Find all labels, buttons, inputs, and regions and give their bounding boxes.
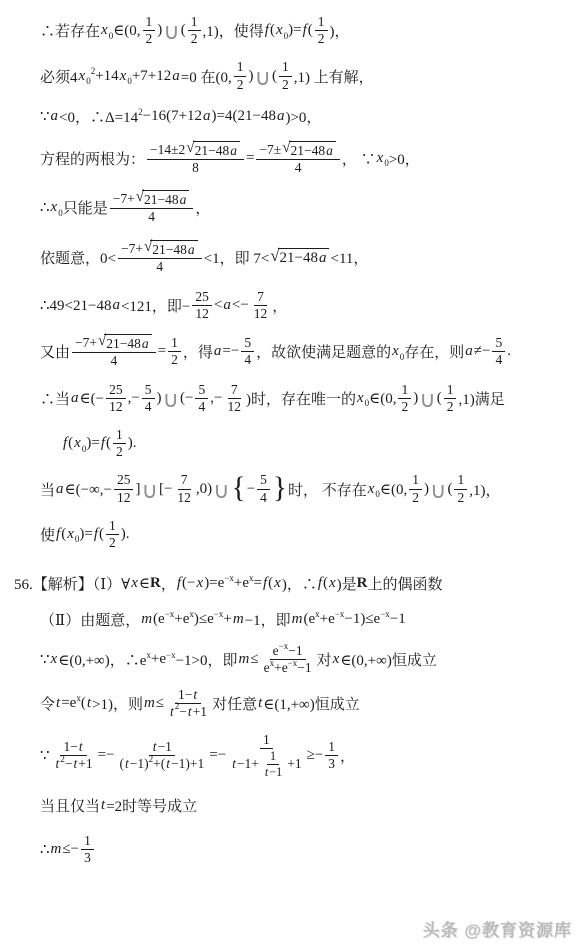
denominator: t2−t+1 <box>52 756 96 772</box>
denominator: 4 <box>145 209 158 225</box>
math-line-10: f(x0)=f(12). <box>62 427 578 460</box>
denominator: 12 <box>251 306 271 322</box>
numerator: 1 <box>143 14 156 31</box>
numerator: 1 <box>106 518 119 535</box>
denominator: t−1+1t−1+1 <box>228 749 304 779</box>
denominator: ex+e−x−1 <box>261 660 315 676</box>
math-line-6: 依题意，0<−7+√21−48a4<1，即 7<√21−48a<11， <box>40 240 578 275</box>
superscript: 2 <box>91 66 96 76</box>
denominator: 2 <box>454 490 467 506</box>
radicand: 21−48a <box>142 190 189 208</box>
denominator: 4 <box>142 399 155 415</box>
fraction: 12 <box>234 59 247 92</box>
denominator: 8 <box>189 160 202 176</box>
numerator: −7+√21−48a <box>118 240 202 259</box>
fraction: 2512 <box>106 382 126 415</box>
fraction: t−1(t−1)2+(t−1)+1 <box>117 739 208 772</box>
numerator: 5 <box>241 335 254 352</box>
fraction: 12 <box>279 59 292 92</box>
variable: a <box>171 68 181 85</box>
variable: x <box>130 575 139 592</box>
denominator: 2 <box>409 490 422 506</box>
math-line-5: ∴x0 只能是−7+√21−48a4， <box>40 190 578 225</box>
fraction: 712 <box>224 382 244 415</box>
numerator: 7 <box>228 382 241 399</box>
variable: a <box>229 143 238 159</box>
variable: a <box>213 343 223 360</box>
union-icon: ∪ <box>162 23 180 42</box>
denominator: 3 <box>325 756 338 772</box>
fraction: 1t−1+1t−1+1 <box>228 732 304 779</box>
variable: m <box>140 611 153 628</box>
fraction: 12 <box>409 472 422 505</box>
numerator: 25 <box>106 382 126 399</box>
fraction: 712 <box>251 289 271 322</box>
superscript: x <box>189 609 194 619</box>
variable: x <box>391 343 400 360</box>
variable: a <box>202 108 212 125</box>
fraction: 54 <box>241 335 254 368</box>
big-delimiter: } <box>272 477 288 500</box>
variable: a <box>318 250 328 267</box>
math-line-16: 令t=ex(t>1)，则m≤1−tt2−t+1对任意t∈(1,+∞)恒成立 <box>40 687 578 720</box>
sqrt-radical: √21−48a <box>282 141 336 159</box>
numerator: 5 <box>492 335 505 352</box>
superscript: −x <box>214 609 224 619</box>
fraction: 54 <box>257 472 270 505</box>
superscript: −x <box>380 609 390 619</box>
math-line-3: ∵a<0，∴Δ=142−16(7+12a)=4(21−48a)>0， <box>40 105 578 129</box>
variable: a <box>70 390 80 407</box>
sqrt-radical: √21−48a <box>98 334 152 352</box>
fraction: 12 <box>188 14 201 47</box>
numerator: 1 <box>168 335 181 352</box>
math-line-15: ∵x∈(0,+∞)，∴ex+e−x−1>0，即m≤e−x−1ex+e−x−1对x… <box>40 643 578 676</box>
variable: x <box>328 575 337 592</box>
math-line-9: ∴当a∈(−2512,−54)∪(−54,−712)时，存在唯一的x0∈(0,1… <box>40 382 578 415</box>
fraction: 12 <box>398 382 411 415</box>
numerator: 1 <box>113 427 126 444</box>
radicand: 21−48a <box>104 334 151 352</box>
superscript: x <box>76 693 81 703</box>
numerator: 1 <box>444 382 457 399</box>
denominator: 12 <box>174 490 194 506</box>
fraction: 54 <box>195 382 208 415</box>
fraction: 12 <box>113 427 126 460</box>
superscript: 2 <box>60 754 65 765</box>
subscript: 0 <box>384 158 389 168</box>
union-icon: ∪ <box>418 391 436 410</box>
superscript: x <box>146 650 151 660</box>
fraction: 12 <box>444 382 457 415</box>
variable: a <box>50 108 60 125</box>
variable: x <box>275 22 284 39</box>
fraction: 13 <box>325 739 338 772</box>
math-line-7: ∴49<21−48a<121，即−2512<a<−712， <box>40 289 578 322</box>
denominator: 4 <box>257 490 270 506</box>
superscript: 2 <box>175 701 180 712</box>
subscript: 0 <box>86 76 91 86</box>
subscript: 0 <box>75 534 80 544</box>
fraction: 54 <box>142 382 155 415</box>
denominator: 12 <box>192 306 212 322</box>
math-line-8: 又由−7+√21−48a4=12，得a=−54，故欲使满足题意的x0存在，则a≠… <box>40 334 578 369</box>
denominator: 4 <box>241 352 254 368</box>
variable: m <box>50 841 63 858</box>
numerator: 1 <box>454 472 467 489</box>
variable: t <box>78 739 84 755</box>
radicand: 21−48a <box>289 141 336 159</box>
numerator: 25 <box>192 289 212 306</box>
subscript: 0 <box>400 352 405 362</box>
fraction: −7+√21−48a4 <box>118 240 202 275</box>
sqrt-radical: √21−48a <box>186 141 240 159</box>
watermark: 头条 @教育资源库 <box>423 916 572 941</box>
denominator: 2 <box>168 352 181 368</box>
variable: x <box>119 68 128 85</box>
subscript: 0 <box>365 398 370 408</box>
sqrt-radical: √21−48a <box>270 248 329 267</box>
subscript: 0 <box>82 444 87 454</box>
variable: a <box>179 192 188 208</box>
superscript: x <box>249 573 254 583</box>
subscript: 0 <box>58 208 63 218</box>
sqrt-radical: √21−48a <box>144 240 198 258</box>
superscript: −x <box>166 650 176 660</box>
fraction: 2512 <box>114 472 134 505</box>
denominator: 2 <box>315 31 328 47</box>
denominator: 12 <box>106 399 126 415</box>
numerator: 1 <box>398 382 411 399</box>
big-delimiter: { <box>231 477 247 500</box>
fraction: 1t−1 <box>261 749 285 779</box>
radicand: 21−48a <box>278 248 330 267</box>
radicand: 21−48a <box>150 240 197 258</box>
superscript: −x <box>288 658 298 669</box>
numerator: 7 <box>178 472 191 489</box>
subscript: 0 <box>127 76 132 86</box>
variable: x <box>332 651 341 668</box>
variable: a <box>55 481 65 498</box>
denominator: 2 <box>279 77 292 93</box>
math-line-19: ∴m≤−13 <box>40 833 578 866</box>
variable: x <box>367 481 376 498</box>
variable: a <box>325 143 334 159</box>
math-line-14: （Ⅱ）由题意，m(e−x+ex)≤e−x+m−1，即m(ex+e−x−1)≤e−… <box>40 607 578 631</box>
fraction: 12 <box>143 14 156 47</box>
sqrt-radical: √21−48a <box>136 190 190 208</box>
superscript: x <box>315 609 320 619</box>
denominator: t−1 <box>261 765 285 780</box>
variable: a <box>111 297 121 314</box>
variable: x <box>50 199 59 216</box>
fraction: 54 <box>492 335 505 368</box>
math-line-13: 56.【解析】（Ⅰ）∀x∈R，f(−x)=e−x+ex=f(x)，∴f(x)是R… <box>14 571 578 595</box>
math-line-4: 方程的两根为：−14±2√21−48a8=−7±√21−48a4， ∵x0>0， <box>40 141 578 176</box>
numerator: 5 <box>257 472 270 489</box>
denominator: 2 <box>188 31 201 47</box>
variable: x <box>73 435 82 452</box>
denominator: 4 <box>107 353 120 369</box>
numerator: 1 <box>409 472 422 489</box>
variable: a <box>222 297 232 314</box>
numerator: 1 <box>188 14 201 31</box>
fraction: 12 <box>315 14 328 47</box>
variable: x <box>196 575 205 592</box>
fraction: −7+√21−48a4 <box>72 334 156 369</box>
fraction: −7+√21−48a4 <box>110 190 194 225</box>
fraction: 2512 <box>192 289 212 322</box>
superscript: 2 <box>149 754 154 765</box>
denominator: 4 <box>492 352 505 368</box>
variable: m <box>291 611 304 628</box>
superscript: −x <box>335 609 345 619</box>
variable: a <box>464 343 474 360</box>
fraction: 13 <box>81 833 94 866</box>
numerator: 1 <box>325 739 338 756</box>
fraction: −14±2√21−48a8 <box>147 141 244 176</box>
denominator: 12 <box>114 490 134 506</box>
superscript: −x <box>279 641 289 652</box>
variable: x <box>100 22 109 39</box>
numerator: 1 <box>234 59 247 76</box>
numerator: 5 <box>195 382 208 399</box>
bold-symbol: R <box>357 575 368 592</box>
union-icon: ∪ <box>429 482 447 501</box>
fraction: 12 <box>168 335 181 368</box>
numerator: 1 <box>315 14 328 31</box>
fraction: 1−tt2−t+1 <box>166 687 210 720</box>
denominator: t2−t+1 <box>166 704 210 720</box>
variable: m <box>238 651 251 668</box>
variable: x <box>50 651 59 668</box>
variable: a <box>276 108 286 125</box>
fraction: 12 <box>454 472 467 505</box>
math-line-18: 当且仅当t=2时等号成立 <box>40 793 578 817</box>
denominator: 2 <box>444 399 457 415</box>
union-icon: ∪ <box>212 482 230 501</box>
bold-symbol: R <box>150 575 161 592</box>
denominator: 4 <box>195 399 208 415</box>
radicand: 21−48a <box>193 141 240 159</box>
denominator: 2 <box>113 444 126 460</box>
variable: m <box>143 695 156 712</box>
superscript: 2 <box>138 107 143 117</box>
variable: x <box>66 526 75 543</box>
numerator: −7±√21−48a <box>256 141 339 160</box>
fraction: −7±√21−48a4 <box>256 141 339 176</box>
variable: x <box>78 68 87 85</box>
superscript: −x <box>224 573 234 583</box>
superscript: −x <box>165 609 175 619</box>
variable: m <box>232 611 245 628</box>
numerator: 1 <box>260 732 273 749</box>
denominator: 4 <box>292 160 305 176</box>
fraction: 712 <box>174 472 194 505</box>
numerator: 1 <box>81 833 94 850</box>
denominator: 12 <box>224 399 244 415</box>
denominator: 2 <box>143 31 156 47</box>
math-line-1: ∴若存在x0∈(0,12)∪(12,1)，使得f(x0)=f(12)， <box>40 14 578 47</box>
union-icon: ∪ <box>253 69 271 88</box>
union-icon: ∪ <box>140 482 158 501</box>
denominator: (t−1)2+(t−1)+1 <box>117 756 208 772</box>
union-icon: ∪ <box>162 391 180 410</box>
numerator: 5 <box>142 382 155 399</box>
math-line-17: ∵1−tt2−t+1=−t−1(t−1)2+(t−1)+1=−1t−1+1t−1… <box>40 732 578 779</box>
denominator: 2 <box>106 535 119 551</box>
subscript: 0 <box>284 31 289 41</box>
numerator: 1 <box>267 749 279 765</box>
fraction: e−x−1ex+e−x−1 <box>261 643 315 676</box>
denominator: 2 <box>398 399 411 415</box>
numerator: 1 <box>279 59 292 76</box>
fraction: 12 <box>106 518 119 551</box>
math-line-2: 必须4x02+14x0+7+12a=0 在(0,12)∪(12,1) 上有解， <box>40 59 578 92</box>
subscript: 0 <box>109 31 114 41</box>
numerator: 7 <box>254 289 267 306</box>
variable: a <box>187 242 196 258</box>
variable: x <box>356 390 365 407</box>
superscript: x <box>270 658 275 669</box>
subscript: 0 <box>375 489 380 499</box>
solution-document: ∴若存在x0∈(0,12)∪(12,1)，使得f(x0)=f(12)， 必须4x… <box>0 0 584 867</box>
denominator: 2 <box>234 77 247 93</box>
denominator: 4 <box>153 259 166 275</box>
variable: x <box>273 575 282 592</box>
numerator: −7+√21−48a <box>110 190 194 209</box>
variable: t <box>192 687 198 703</box>
variable: x <box>376 150 385 167</box>
numerator: −7+√21−48a <box>72 334 156 353</box>
numerator: −14±2√21−48a <box>147 141 244 160</box>
math-line-12: 使f(x0)=f(12). <box>40 518 578 551</box>
math-line-11: 当a∈(−∞,−2512]∪[−712,0)∪{−54}时， 不存在x0∈(0,… <box>40 472 578 505</box>
fraction: 1−tt2−t+1 <box>52 739 96 772</box>
variable: a <box>141 336 150 352</box>
numerator: 25 <box>114 472 134 489</box>
denominator: 3 <box>81 850 94 866</box>
